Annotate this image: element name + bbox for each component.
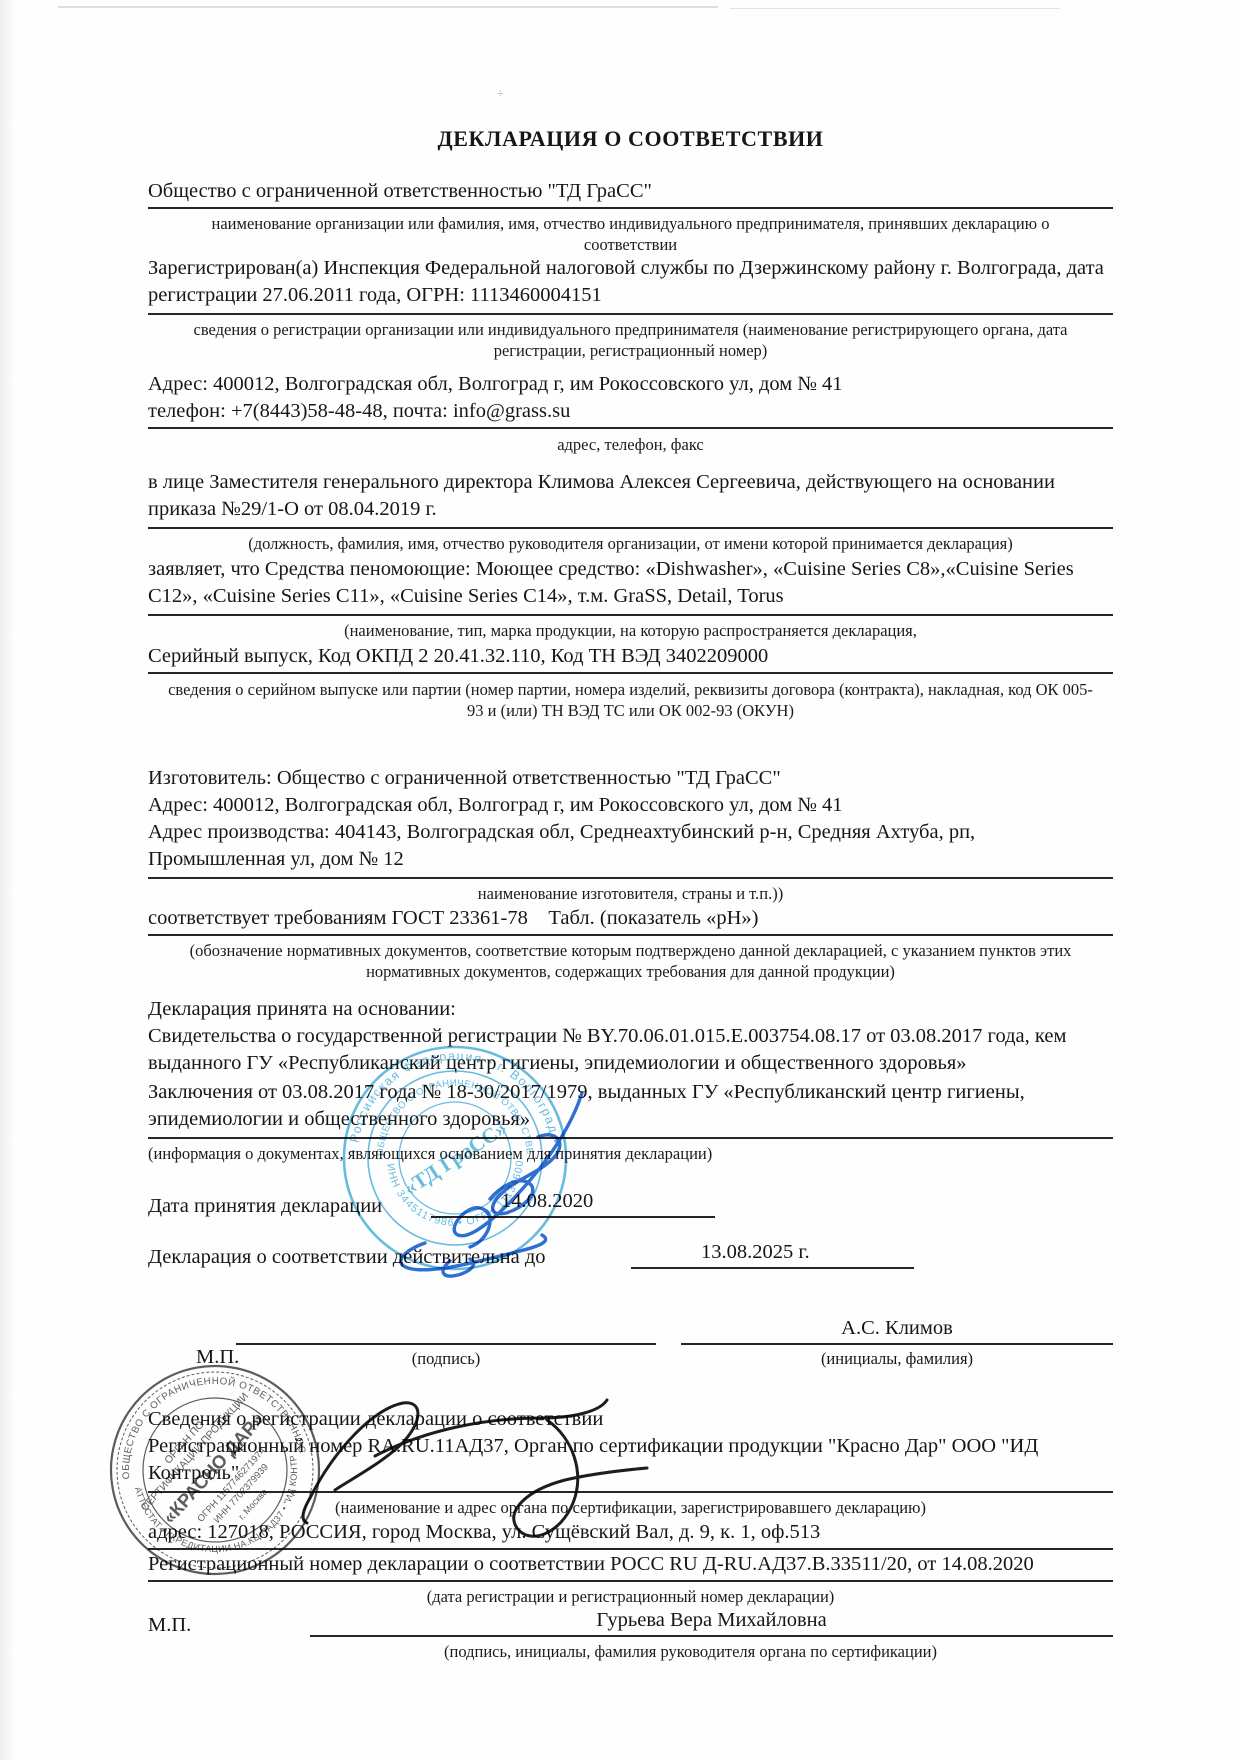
field-declarant-contacts: телефон: +7(8443)58-48-48, почта: info@g… — [148, 398, 1113, 429]
field-product-statement: заявляет, что Средства пеномоющие: Моюще… — [148, 556, 1113, 616]
caption-product-serial: сведения о серийном выпуске или партии (… — [163, 679, 1098, 721]
declaration-document: ÷ ДЕКЛАРАЦИЯ О СООТВЕТСТВИИ Общество с о… — [0, 0, 1237, 1760]
field-conformity-standards: соответствует требованиям ГОСТ 23361-78 … — [148, 905, 1113, 936]
caption-declarant-name: наименование организации или фамилия, им… — [163, 213, 1098, 255]
basis-heading: Декларация принята на основании: — [148, 996, 1113, 1023]
mp-mark-2: М.П. — [148, 1614, 310, 1637]
caption-manufacturer: наименование изготовителя, страны и т.п.… — [148, 883, 1113, 904]
cert-head-name-area: Гурьева Вера Михайловна — [310, 1609, 1113, 1637]
valid-until-value: 13.08.2025 г. — [631, 1241, 914, 1269]
caption-representative: (должность, фамилия, имя, отчество руков… — [148, 533, 1113, 554]
cert-head-name: Гурьева Вера Михайловна — [310, 1609, 1113, 1637]
caption-conformity-standards: (обозначение нормативных документов, соо… — [163, 940, 1098, 982]
scan-edge-top — [58, 6, 718, 8]
caption-declarant-registration: сведения о регистрации организации или и… — [163, 319, 1098, 361]
field-product-serial: Серийный выпуск, Код ОКПД 2 20.41.32.110… — [148, 643, 1113, 674]
cert-signature-row: М.П. Гурьева Вера Михайловна — [148, 1609, 1113, 1637]
caption-declaration-number: (дата регистрации и регистрационный номе… — [148, 1586, 1113, 1607]
scan-edge-left — [0, 0, 14, 1760]
field-manufacturer-address: Адрес: 400012, Волгоградская обл, Волгог… — [148, 792, 1113, 819]
document-title: ДЕКЛАРАЦИЯ О СООТВЕТСТВИИ — [148, 126, 1113, 152]
caption-signatory-name: (инициалы, фамилия) — [681, 1345, 1113, 1369]
caption-cert-head: (подпись, инициалы, фамилия руководителя… — [268, 1641, 1113, 1662]
scan-artifact: ÷ — [497, 86, 507, 100]
field-declarant-name: Общество с ограниченной ответственностью… — [148, 178, 1113, 209]
signature-line — [236, 1317, 656, 1345]
field-manufacturer-production-address: Адрес производства: 404143, Волгоградска… — [148, 819, 1113, 879]
caption-declarant-contacts: адрес, телефон, факс — [148, 434, 1113, 455]
head-signature — [255, 1378, 675, 1558]
ceo-signature — [330, 1075, 640, 1285]
signatory-name: А.С. Климов — [681, 1317, 1113, 1345]
signatory-name-area: А.С. Климов (инициалы, фамилия) — [681, 1317, 1113, 1369]
field-basis-item1: Свидетельства о государственной регистра… — [148, 1023, 1113, 1079]
field-manufacturer-name: Изготовитель: Общество с ограниченной от… — [148, 765, 1113, 792]
scan-edge-top-2 — [730, 8, 1060, 9]
field-representative: в лице Заместителя генерального директор… — [148, 469, 1113, 529]
caption-product-statement: (наименование, тип, марка продукции, на … — [148, 620, 1113, 641]
field-declarant-registration: Зарегистрирован(а) Инспекция Федеральной… — [148, 255, 1113, 315]
field-declarant-address: Адрес: 400012, Волгоградская обл, Волгог… — [148, 371, 1113, 398]
